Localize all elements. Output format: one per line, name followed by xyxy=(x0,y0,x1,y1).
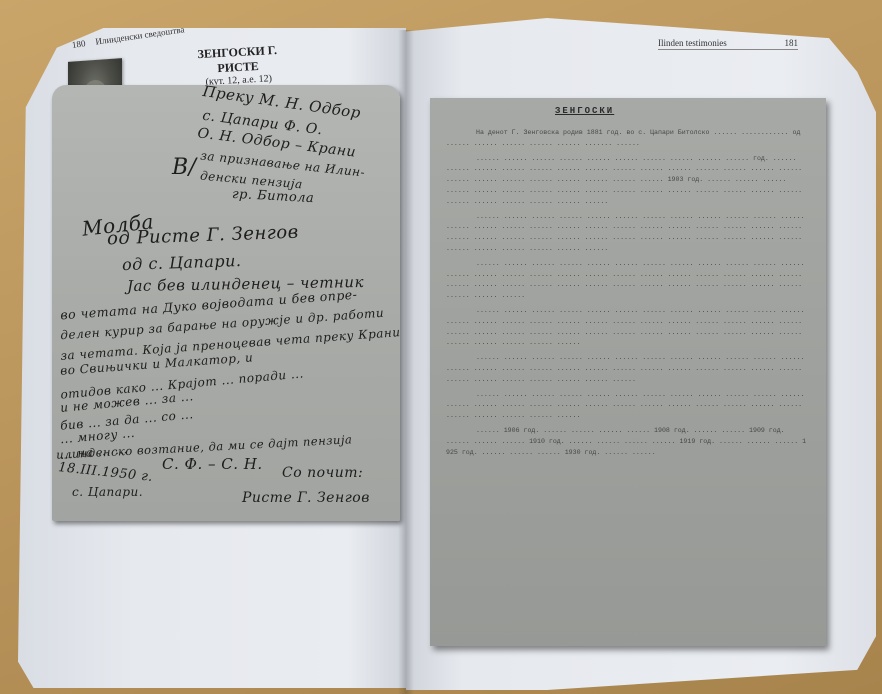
typed-document-body: На денот Г. Зенговска родив 1881 год. во… xyxy=(446,128,810,462)
entry-name: ЗЕНГОСКИ Г. РИСТЕ xyxy=(197,43,277,75)
right-running-head: Ilinden testimonies 181 xyxy=(658,38,798,50)
signature-initials: С. Ф. – С. Н. xyxy=(162,455,263,473)
open-book: 180 Илинденски сведоштва ЗЕНГОСКИ Г. РИС… xyxy=(0,0,882,694)
typed-paragraph: ...... ...... ...... ...... ...... .....… xyxy=(446,306,810,349)
typed-document-title: ЗЕНГОСКИ xyxy=(555,106,614,116)
address-line: гр. Битола xyxy=(232,187,315,206)
right-page-number: 181 xyxy=(785,38,799,48)
typed-testimony: ЗЕНГОСКИ На денот Г. Зенговска родив 188… xyxy=(430,98,826,646)
typed-paragraph: ...... ...... ...... ...... ...... .....… xyxy=(446,353,810,385)
right-running-head-title: Ilinden testimonies xyxy=(658,38,727,48)
typed-paragraph: ...... ...... ...... ...... ...... .....… xyxy=(446,259,810,302)
margin-mark: В/ xyxy=(172,155,197,180)
petition-heading: од с. Цапари. xyxy=(122,251,242,274)
typed-paragraph: ...... ...... ...... ...... ...... .....… xyxy=(446,154,810,208)
petition-closing: Со почит: xyxy=(282,465,363,481)
petition-place: с. Цапари. xyxy=(72,485,143,499)
book-gutter xyxy=(398,30,414,694)
typed-paragraph: ...... ...... ...... ...... ...... .....… xyxy=(446,212,810,255)
typed-paragraph: ...... 1906 год. ...... ...... ...... ..… xyxy=(446,426,810,458)
typed-paragraph: ...... ...... ...... ...... ...... .....… xyxy=(446,390,810,422)
petition-date: 18.III.1950 г. xyxy=(57,460,153,485)
handwritten-petition: Преку М. Н. Одбор с. Цапари Ф. О. О. Н. … xyxy=(52,85,400,521)
left-page-number: 180 xyxy=(71,38,86,50)
petition-signature: Ристе Г. Зенгов xyxy=(242,490,370,506)
entry-title: ЗЕНГОСКИ Г. РИСТЕ (кут. 12, а.е. 12) xyxy=(177,42,299,89)
typed-paragraph: На денот Г. Зенговска родив 1881 год. во… xyxy=(446,128,810,150)
